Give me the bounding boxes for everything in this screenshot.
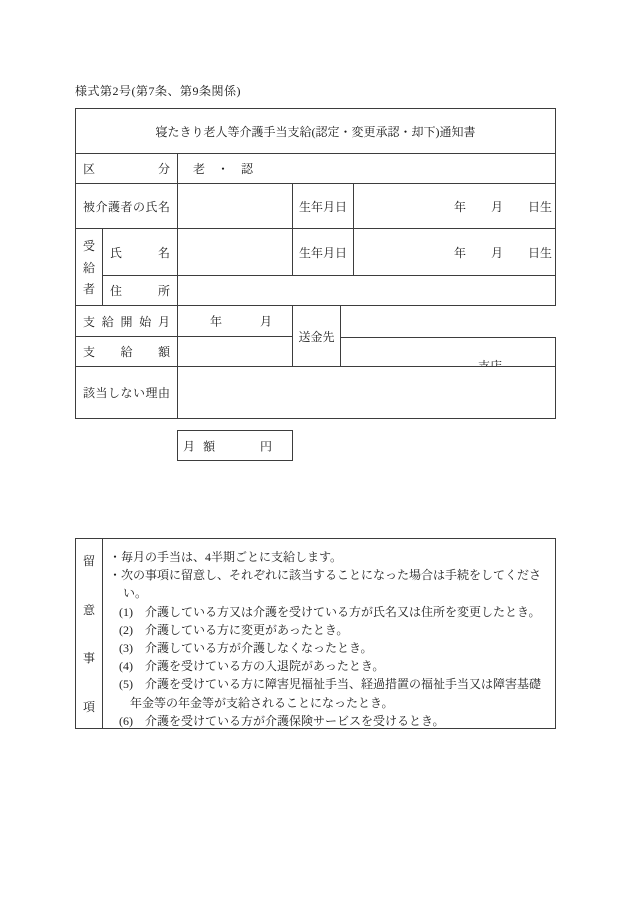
recipient-group-char-2: 給 [83, 259, 95, 276]
birth-day-label: 日生 [528, 244, 552, 261]
notes-label-char-1: 留 [83, 552, 95, 569]
recipient-birth-field: 年 月 日生 [353, 228, 556, 276]
form-sheet: 様式第2号(第7条、第9条関係) 寝たきり老人等介護手当支給(認定・変更承認・却… [0, 0, 630, 915]
recipient-name-field [177, 228, 293, 276]
amount-gaku-label: 額 [203, 437, 215, 454]
recipient-group-char-3: 者 [83, 280, 95, 297]
remittance-label-cell: 送金先 [292, 305, 341, 367]
form-number: 様式第2号(第7条、第9条関係) [75, 82, 241, 99]
note-item-1: (1) 介護している方又は介護を受けている方が氏名又は住所を変更したとき。 [103, 603, 551, 621]
category-label: 区分 [76, 160, 177, 177]
note-item-4: (4) 介護を受けている方の入退院があったとき。 [103, 657, 551, 675]
cared-person-label: 被介護者の氏名 [76, 198, 177, 215]
note-item-5: (5) 介護を受けている方に障害児福祉手当、経過措置の福祉手当又は障害基礎 [103, 675, 551, 693]
start-year-label: 年 [210, 313, 222, 330]
category-value-nin: 認 [241, 160, 253, 177]
recipient-address-label-cell: 住所 [102, 275, 178, 306]
form-title-cell: 寝たきり老人等介護手当支給(認定・変更承認・却下)通知書 [75, 108, 556, 154]
remittance-label: 送金先 [298, 328, 334, 345]
note-bullet-2: ・次の事項に留意し、それぞれに該当することになった場合は手続をしてくださ [103, 566, 551, 584]
category-label-cell: 区分 [75, 153, 178, 184]
cared-person-birth-label: 生年月日 [299, 198, 347, 215]
note-bullet-2-wrap: い。 [103, 584, 551, 602]
notes-label-char-4: 項 [83, 698, 95, 715]
note-item-2: (2) 介護している方に変更があったとき。 [103, 621, 551, 639]
payment-start-field: 年 月 [177, 305, 293, 337]
payment-amount-label: 支給額 [76, 343, 177, 360]
birth-month-label: 月 [491, 244, 503, 261]
form-title: 寝たきり老人等介護手当支給(認定・変更承認・却下)通知書 [156, 123, 476, 140]
note-item-5-wrap: 年金等の年金等が支給されることになったとき。 [103, 694, 551, 712]
recipient-name-label-cell: 氏名 [102, 228, 178, 276]
cared-person-birth-label-cell: 生年月日 [292, 183, 354, 229]
reason-label: 該当しない理由 [76, 384, 177, 401]
reason-field [177, 366, 556, 419]
category-value-dot: ・ [217, 160, 229, 177]
notes-content-cell: ・毎月の手当は、4半期ごとに支給します。 ・次の事項に留意し、それぞれに該当する… [102, 538, 556, 729]
payment-amount-label-cell: 支給額 [75, 336, 178, 367]
amount-yen-label: 円 [260, 437, 272, 454]
payment-start-label-cell: 支給開始月 [75, 305, 178, 337]
recipient-birth-label: 生年月日 [299, 244, 347, 261]
recipient-address-label: 住所 [103, 282, 177, 299]
note-bullet-1: ・毎月の手当は、4半期ごとに支給します。 [103, 548, 551, 566]
birth-month-label: 月 [491, 198, 503, 215]
recipient-group-char-1: 受 [83, 237, 95, 254]
recipient-group-label-cell: 受 給 者 [75, 228, 103, 306]
note-item-6: (6) 介護を受けている方が介護保険サービスを受けるとき。 [103, 712, 551, 730]
notes-label-char-3: 事 [83, 649, 95, 666]
birth-year-label: 年 [454, 244, 466, 261]
category-value-cell: 老 ・ 認 [177, 153, 556, 184]
birth-year-label: 年 [454, 198, 466, 215]
notes-group-label-cell: 留 意 事 項 [75, 538, 103, 729]
cared-person-name-field [177, 183, 293, 229]
amount-month-label: 月 [183, 437, 195, 454]
recipient-name-label: 氏名 [103, 244, 177, 261]
cared-person-label-cell: 被介護者の氏名 [75, 183, 178, 229]
recipient-address-field [177, 275, 556, 306]
start-month-label: 月 [260, 313, 272, 330]
cared-person-birth-field: 年 月 日生 [353, 183, 556, 229]
reason-label-cell: 該当しない理由 [75, 366, 178, 419]
recipient-birth-label-cell: 生年月日 [292, 228, 354, 276]
birth-day-label: 日生 [528, 198, 552, 215]
notes-label-char-2: 意 [83, 601, 95, 618]
payment-amount-field: 月 額 円 [177, 430, 293, 461]
category-value-old: 老 [193, 160, 205, 177]
payment-start-label: 支給開始月 [76, 313, 177, 330]
note-item-3: (3) 介護している方が介護しなくなったとき。 [103, 639, 551, 657]
